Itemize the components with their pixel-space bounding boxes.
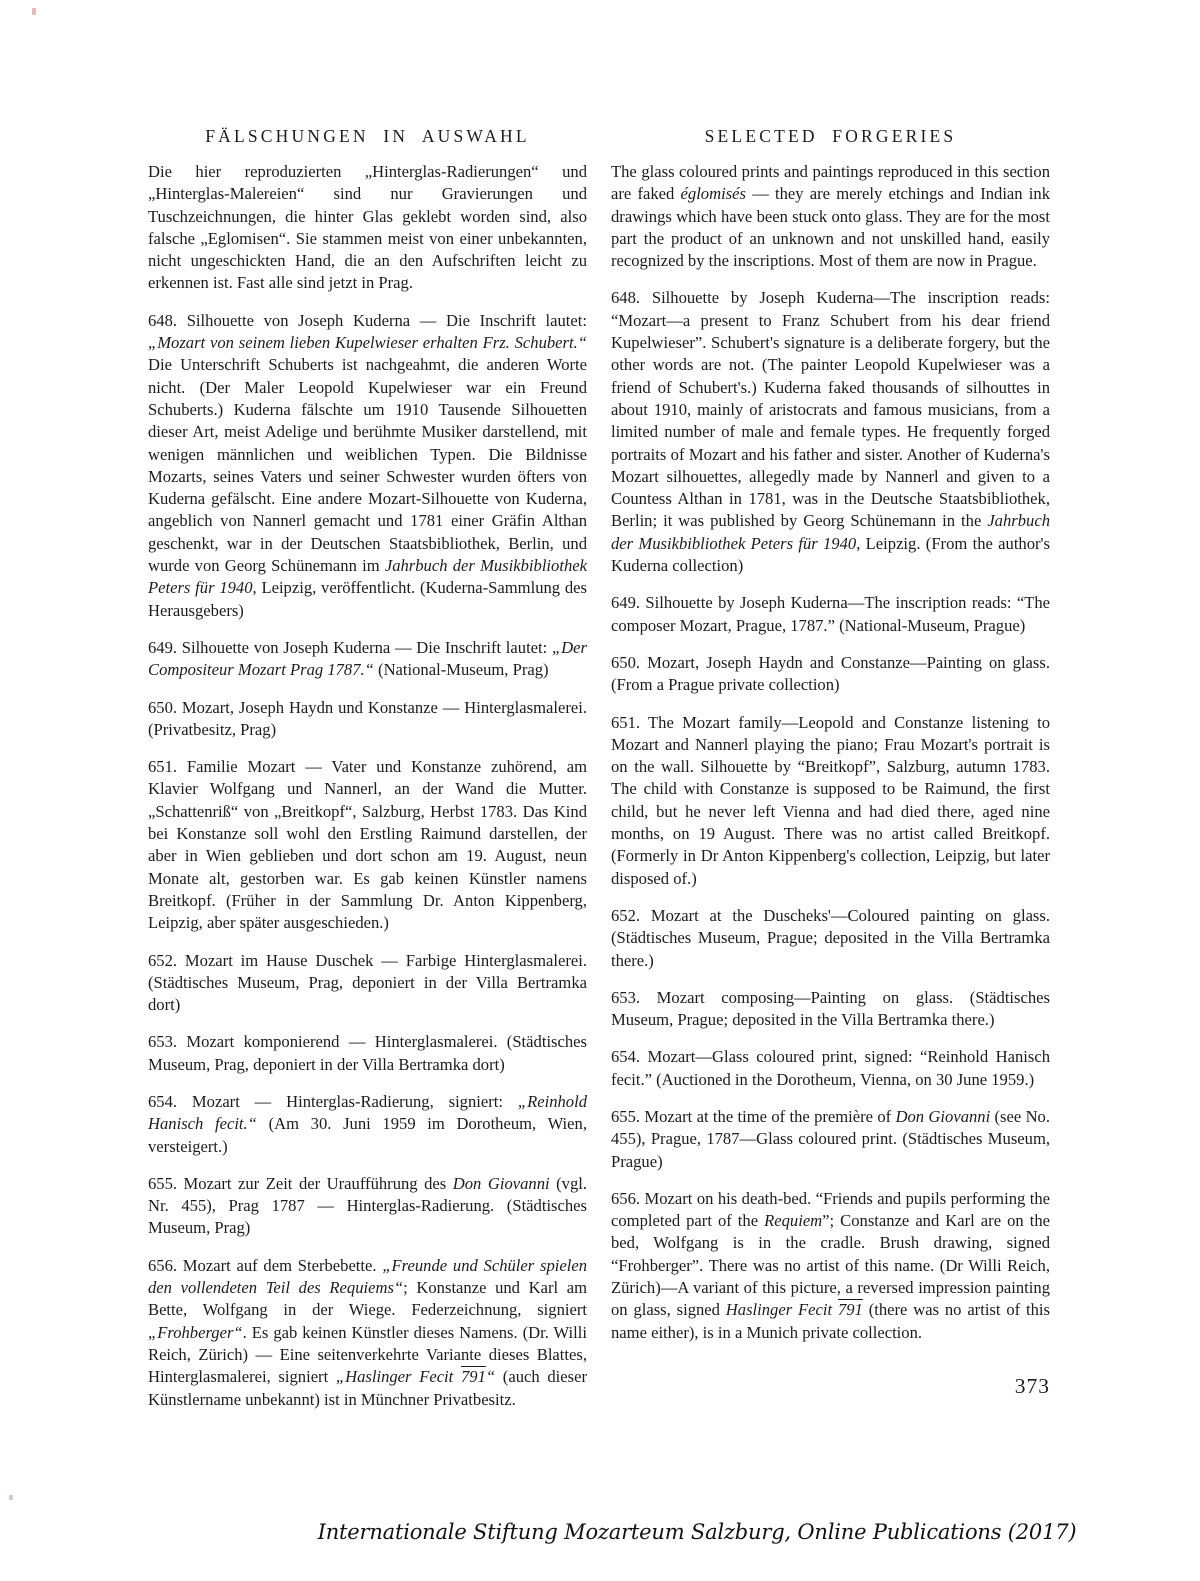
scan-speck-left xyxy=(9,1495,13,1500)
page-number: 373 xyxy=(611,1374,1050,1399)
paragraph: 650. Mozart, Joseph Haydn and Constanze—… xyxy=(611,652,1050,697)
text-run: Requiem xyxy=(764,1211,822,1230)
paragraph: 653. Mozart komponierend — Hinterglasmal… xyxy=(148,1031,587,1076)
text-run: 791 xyxy=(838,1300,863,1319)
text-run: 655. Mozart zur Zeit der Uraufführung de… xyxy=(148,1174,453,1193)
paragraph: 652. Mozart im Hause Duschek — Farbige H… xyxy=(148,950,587,1017)
paragraph: 649. Silhouette by Joseph Kuderna—The in… xyxy=(611,592,1050,637)
text-run: 652. Mozart im Hause Duschek — Farbige H… xyxy=(148,951,587,1015)
text-run: Haslinger Fecit xyxy=(726,1300,838,1319)
english-column-title: SELECTED FORGERIES xyxy=(611,126,1050,147)
text-run: Die hier reproduzierten „Hinterglas-Radi… xyxy=(148,162,587,292)
text-run: 791 xyxy=(461,1367,486,1386)
text-run: 654. Mozart — Hinterglas-Radierung, sign… xyxy=(148,1092,518,1111)
text-run: 650. Mozart, Joseph Haydn und Konstanze … xyxy=(148,698,587,739)
german-column-title: FÄLSCHUNGEN IN AUSWAHL xyxy=(148,126,587,147)
paragraph: 655. Mozart zur Zeit der Uraufführung de… xyxy=(148,1173,587,1240)
paragraph: 651. Familie Mozart — Vater und Konstanz… xyxy=(148,756,587,934)
text-run: 654. Mozart—Glass coloured print, signed… xyxy=(611,1047,1050,1088)
text-run: 650. Mozart, Joseph Haydn and Constanze—… xyxy=(611,653,1050,694)
page-content: FÄLSCHUNGEN IN AUSWAHL Die hier reproduz… xyxy=(148,126,1050,1426)
german-column: FÄLSCHUNGEN IN AUSWAHL Die hier reproduz… xyxy=(148,126,587,1426)
text-run: 649. Silhouette by Joseph Kuderna—The in… xyxy=(611,593,1050,634)
paragraph: 655. Mozart at the time of the première … xyxy=(611,1106,1050,1173)
text-run: 652. Mozart at the Duscheks'—Coloured pa… xyxy=(611,906,1050,970)
paragraph: 654. Mozart — Hinterglas-Radierung, sign… xyxy=(148,1091,587,1158)
text-run: églomisés xyxy=(681,184,746,203)
text-run: Die Unterschrift Schuberts ist nachgeahm… xyxy=(148,355,587,575)
paragraph: Die hier reproduzierten „Hinterglas-Radi… xyxy=(148,161,587,295)
text-run: 655. Mozart at the time of the première … xyxy=(611,1107,896,1126)
text-run: 649. Silhouette von Joseph Kuderna — Die… xyxy=(148,638,552,657)
paragraph: 650. Mozart, Joseph Haydn und Konstanze … xyxy=(148,697,587,742)
paragraph: 651. The Mozart family—Leopold and Const… xyxy=(611,712,1050,890)
text-run: Don Giovanni xyxy=(453,1174,550,1193)
english-column: SELECTED FORGERIES The glass coloured pr… xyxy=(611,126,1050,1426)
text-run: „Mozart von seinem lieben Kupelwieser er… xyxy=(148,333,587,352)
paragraph: 648. Silhouette von Joseph Kuderna — Die… xyxy=(148,310,587,622)
text-run: 648. Silhouette by Joseph Kuderna—The in… xyxy=(611,288,1050,530)
text-run: „Frohberger“ xyxy=(148,1323,243,1342)
paragraph: The glass coloured prints and paintings … xyxy=(611,161,1050,272)
paragraph: 654. Mozart—Glass coloured print, signed… xyxy=(611,1046,1050,1091)
text-run: Don Giovanni xyxy=(896,1107,991,1126)
text-run: 651. The Mozart family—Leopold and Const… xyxy=(611,713,1050,888)
paragraph: 649. Silhouette von Joseph Kuderna — Die… xyxy=(148,637,587,682)
paragraph: 653. Mozart composing—Painting on glass.… xyxy=(611,987,1050,1032)
english-paragraphs: The glass coloured prints and paintings … xyxy=(611,161,1050,1344)
scan-speck-top xyxy=(32,8,36,15)
text-run: “ xyxy=(486,1367,495,1386)
text-run: „Haslinger Fecit xyxy=(336,1367,461,1386)
paragraph: 652. Mozart at the Duscheks'—Coloured pa… xyxy=(611,905,1050,972)
text-run: 651. Familie Mozart — Vater und Konstanz… xyxy=(148,757,587,932)
paragraph: 648. Silhouette by Joseph Kuderna—The in… xyxy=(611,287,1050,577)
paragraph: 656. Mozart on his death-bed. “Friends a… xyxy=(611,1188,1050,1344)
paragraph: 656. Mozart auf dem Sterbebette. „Freund… xyxy=(148,1255,587,1411)
text-run: 653. Mozart composing—Painting on glass.… xyxy=(611,988,1050,1029)
text-run: 648. Silhouette von Joseph Kuderna — Die… xyxy=(148,311,587,330)
text-run: 656. Mozart auf dem Sterbebette. xyxy=(148,1256,382,1275)
text-run: 653. Mozart komponierend — Hinterglasmal… xyxy=(148,1032,587,1073)
german-paragraphs: Die hier reproduzierten „Hinterglas-Radi… xyxy=(148,161,587,1411)
footer-publication-line: Internationale Stiftung Mozarteum Salzbu… xyxy=(318,1520,1077,1544)
text-run: (National-Museum, Prag) xyxy=(374,660,549,679)
